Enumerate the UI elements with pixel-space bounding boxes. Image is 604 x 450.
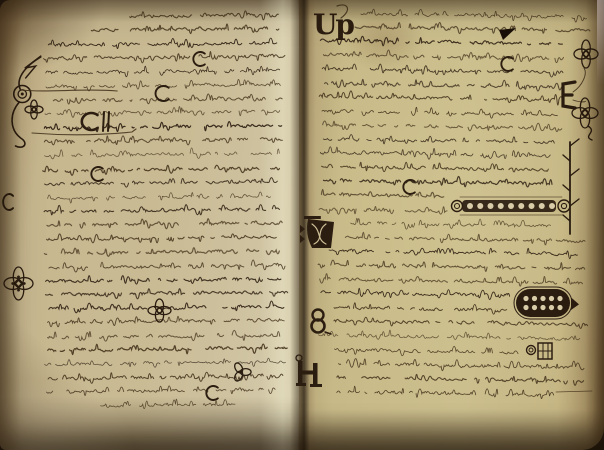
right-page [299, 0, 604, 450]
manuscript-photo: Up [0, 0, 604, 450]
left-page [0, 0, 299, 450]
